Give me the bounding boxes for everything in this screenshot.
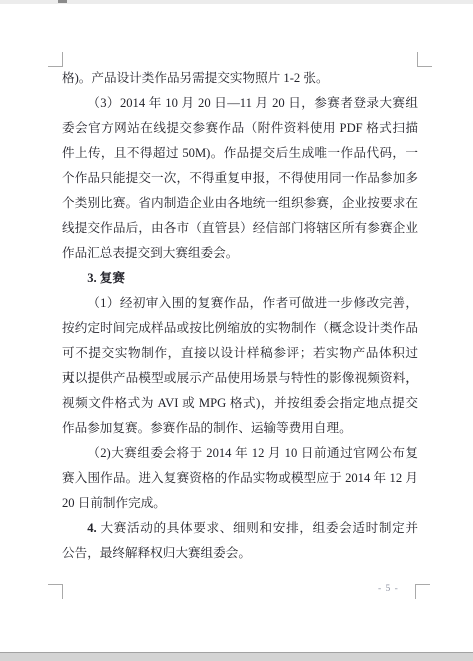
document-page[interactable]: 格)。产品设计类作品另需提交实物照片 1-2 张。（3）2014 年 10 月 …	[0, 4, 473, 653]
text-line[interactable]: （3）2014 年 10 月 20 日—11 月 20 日，参赛者登录大赛组	[62, 91, 418, 116]
text-line[interactable]: 4. 大赛活动的具体要求、细则和安排，组委会适时制定并	[62, 516, 418, 541]
text-line[interactable]: 格)。产品设计类作品另需提交实物照片 1-2 张。	[62, 66, 418, 91]
text-line[interactable]: 按约定时间完成样品或按比例缩放的实物制作（概念设计类作品	[62, 316, 418, 341]
text-line-content: 作品参加复赛。参赛作品的制作、运输等费用自理。	[62, 421, 352, 435]
text-line-content: 格)。产品设计类作品另需提交实物照片 1-2 张。	[62, 71, 329, 85]
text-line[interactable]: 20 日前制作完成。	[62, 491, 418, 516]
text-line[interactable]: 可不提交实物制作，直接以设计样稿参评；若实物产品体积过大，	[62, 341, 418, 366]
workspace-bottom-edge	[0, 652, 473, 661]
text-line[interactable]: 委会官方网站在线提交参赛作品（附件资料使用 PDF 格式扫描	[62, 116, 418, 141]
text-line[interactable]: （2)大赛组委会将于 2014 年 12 月 10 日前通过官网公布复	[62, 441, 418, 466]
text-line[interactable]: 视频文件格式为 AVI 或 MPG 格式)，并按组委会指定地点提交	[62, 391, 418, 416]
text-line-content: 20 日前制作完成。	[62, 496, 166, 510]
text-line-content: （1）经初审入围的复赛作品，作者可做进一步修改完善，	[87, 296, 418, 310]
text-line-content: 委会官方网站在线提交参赛作品（附件资料使用 PDF 格式扫描	[62, 121, 418, 135]
text-line-content: 按约定时间完成样品或按比例缩放的实物制作（概念设计类作品	[62, 321, 418, 335]
text-line[interactable]: 线提交作品后，由各市（直管县）经信部门将辖区所有参赛企业	[62, 216, 418, 241]
text-line-content: 作品汇总表提交到大赛组委会。	[62, 246, 238, 260]
text-line-content: 公告，最终解释权归大赛组委会。	[62, 546, 251, 560]
text-line[interactable]: 个作品只能提交一次，不得重复申报，不得使用同一作品参加多	[62, 166, 418, 191]
text-boundary-mark-bottom-left	[48, 584, 63, 599]
text-line-content: 可以提供产品模型或展示产品使用场景与特性的影像视频资料，	[62, 371, 418, 385]
text-line-content: 视频文件格式为 AVI 或 MPG 格式)，并按组委会指定地点提交	[62, 396, 418, 410]
text-line[interactable]: 作品参加复赛。参赛作品的制作、运输等费用自理。	[62, 416, 418, 441]
text-boundary-mark-top-right	[417, 52, 432, 67]
text-line-content: 大赛活动的具体要求、细则和安排，组委会适时制定并	[97, 521, 418, 535]
text-line[interactable]: 作品汇总表提交到大赛组委会。	[62, 241, 418, 266]
text-line-content: 线提交作品后，由各市（直管县）经信部门将辖区所有参赛企业	[62, 221, 418, 235]
text-line[interactable]: 可以提供产品模型或展示产品使用场景与特性的影像视频资料，	[62, 366, 418, 391]
object-handle[interactable]	[58, 0, 67, 3]
text-boundary-mark-top-left	[48, 52, 63, 67]
document-text[interactable]: 格)。产品设计类作品另需提交实物照片 1-2 张。（3）2014 年 10 月 …	[62, 66, 418, 566]
text-line[interactable]: 个类别比赛。省内制造企业由各地统一组织参赛，企业按要求在	[62, 191, 418, 216]
text-line[interactable]: 公告，最终解释权归大赛组委会。	[62, 541, 418, 566]
text-line-content: 赛入围作品。进入复赛资格的作品实物或模型应于 2014 年 12 月	[62, 471, 418, 485]
heading-number: 3. 复赛	[87, 271, 125, 285]
text-line-content: 件上传，且不得超过 50M)。作品提交后生成唯一作品代码，一	[62, 146, 418, 160]
text-line[interactable]: （1）经初审入围的复赛作品，作者可做进一步修改完善，	[62, 291, 418, 316]
text-line-content: 个类别比赛。省内制造企业由各地统一组织参赛，企业按要求在	[62, 196, 418, 210]
text-line-content: （3）2014 年 10 月 20 日—11 月 20 日，参赛者登录大赛组	[87, 96, 418, 110]
heading-number: 4.	[87, 521, 96, 535]
text-line-content: （2)大赛组委会将于 2014 年 12 月 10 日前通过官网公布复	[87, 446, 418, 460]
text-line[interactable]: 件上传，且不得超过 50M)。作品提交后生成唯一作品代码，一	[62, 141, 418, 166]
text-line-content: 个作品只能提交一次，不得重复申报，不得使用同一作品参加多	[62, 171, 418, 185]
text-boundary-mark-bottom-right	[415, 584, 430, 599]
page-number: - 5 -	[378, 583, 414, 595]
text-line[interactable]: 赛入围作品。进入复赛资格的作品实物或模型应于 2014 年 12 月	[62, 466, 418, 491]
text-line[interactable]: 3. 复赛	[62, 266, 418, 291]
